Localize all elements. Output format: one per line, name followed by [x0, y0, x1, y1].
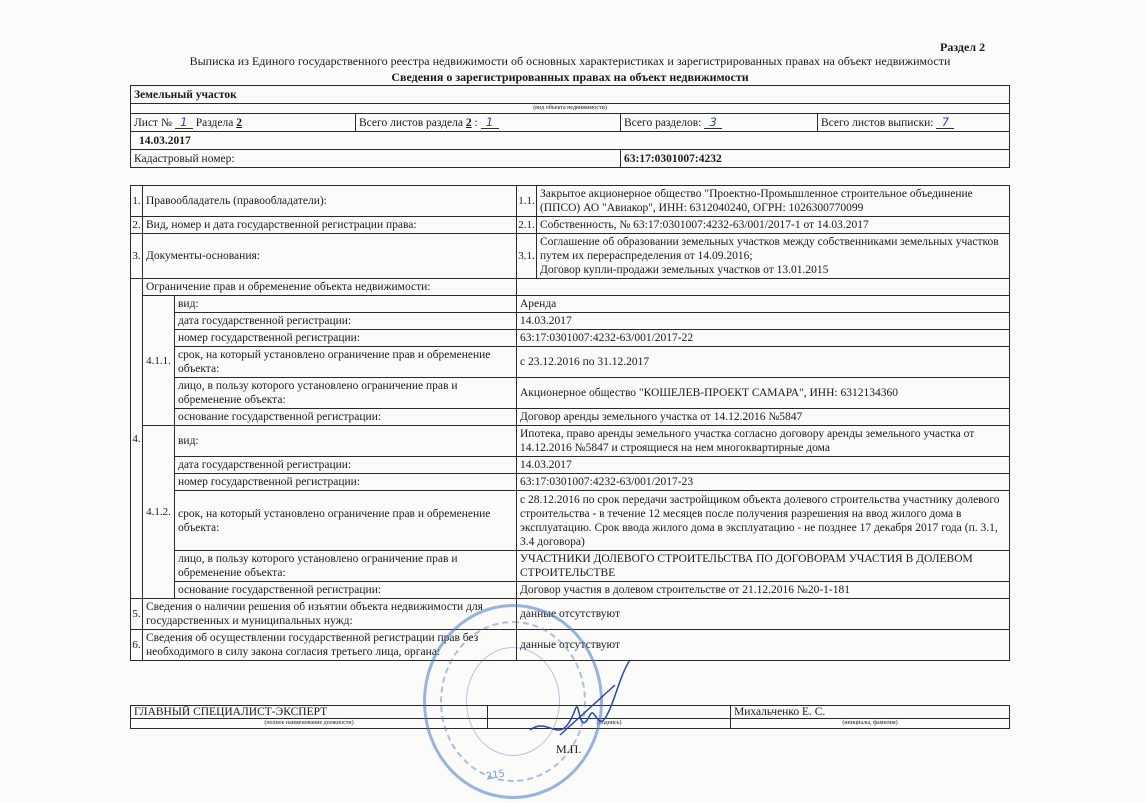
table-row: 2. Вид, номер и дата государственной рег…	[131, 217, 1010, 234]
seal-label: М.П.	[556, 742, 581, 757]
section-label: Раздел 2	[940, 40, 985, 55]
extract-date: 14.03.2017	[131, 132, 1010, 150]
signature-cell	[488, 706, 731, 719]
rights-table: 1. Правообладатель (правообладатели): 1.…	[130, 185, 1010, 661]
document-title: Выписка из Единого государственного реес…	[130, 54, 1010, 69]
total-sheets-cell: Всего листов выписки: 7	[818, 114, 1010, 132]
seizure-info: данные отсутствуют	[517, 599, 1010, 630]
stamp-number: 215	[485, 768, 506, 782]
total-sections-value: 3	[704, 116, 722, 129]
basis-documents: Соглашение об образовании земельных учас…	[537, 234, 1010, 279]
section-sheets-cell: Всего листов раздела 2 : 1	[356, 114, 621, 132]
right-holder: Закрытое акционерное общество "Проектно-…	[537, 186, 1010, 217]
table-row: 6. Сведения об осуществлении государстве…	[131, 630, 1010, 661]
table-row: 1. Правообладатель (правообладатели): 1.…	[131, 186, 1010, 217]
table-row: 4. Ограничение прав и обременение объект…	[131, 279, 1010, 296]
sheet-number-cell: Лист № 1 Раздела 2	[131, 114, 356, 132]
header-table: Земельный участок (вид объекта недвижимо…	[130, 85, 1010, 168]
official-position: ГЛАВНЫЙ СПЕЦИАЛИСТ-ЭКСПЕРТ	[131, 706, 488, 719]
section-number-value: 2	[236, 117, 242, 129]
document-subtitle: Сведения о зарегистрированных правах на …	[130, 70, 1010, 85]
official-name: Михальченко Е. С.	[731, 706, 1010, 719]
cadastral-number: 63:17:0301007:4232	[621, 150, 1010, 168]
sheet-number-value: 1	[175, 116, 193, 129]
table-row: 3. Документы-основания: 3.1. Соглашение …	[131, 234, 1010, 279]
table-row: 5. Сведения о наличии решения об изъятии…	[131, 599, 1010, 630]
object-type-caption: (вид объекта недвижимости)	[131, 104, 1010, 114]
signature-table: ГЛАВНЫЙ СПЕЦИАЛИСТ-ЭКСПЕРТ Михальченко Е…	[130, 705, 1010, 729]
total-sheets-value: 7	[936, 116, 954, 129]
cadastral-label: Кадастровый номер:	[131, 150, 621, 168]
total-sections-cell: Всего разделов: 3	[621, 114, 818, 132]
consent-info: данные отсутствуют	[517, 630, 1010, 661]
right-registration: Собственность, № 63:17:0301007:4232-63/0…	[537, 217, 1010, 234]
section-sheets-value: 1	[481, 116, 499, 129]
object-type: Земельный участок	[131, 86, 1010, 104]
